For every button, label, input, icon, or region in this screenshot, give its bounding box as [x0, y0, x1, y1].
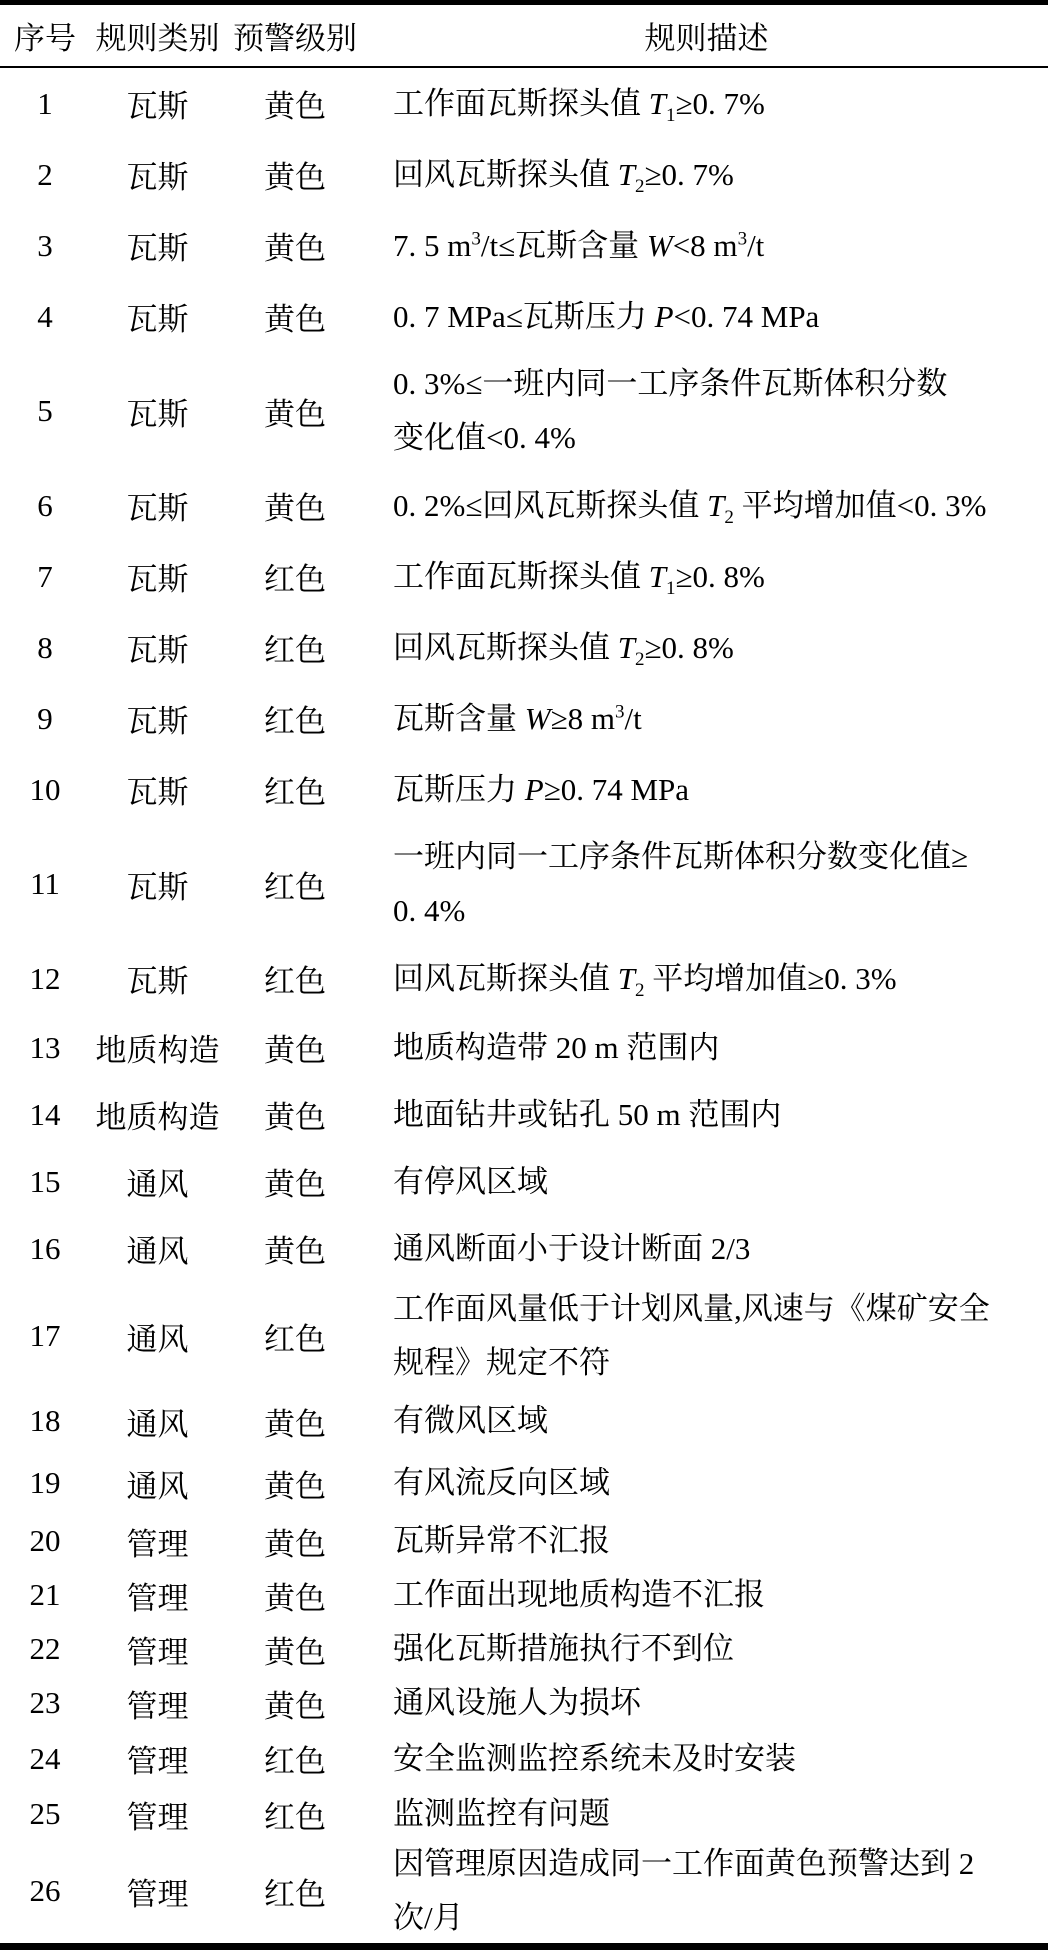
cell-no: 25 — [0, 1796, 90, 1832]
cell-no: 3 — [0, 228, 90, 264]
cell-level: 黄色 — [225, 1399, 365, 1444]
table-row: 20管理黄色瓦斯异常不汇报 — [0, 1514, 1048, 1568]
cell-level: 黄色 — [225, 152, 365, 197]
cell-level: 黄色 — [225, 81, 365, 126]
header-category: 规则类别 — [90, 13, 225, 58]
cell-category: 瓦斯 — [90, 862, 225, 907]
cell-category: 管理 — [90, 1627, 225, 1672]
cell-category: 瓦斯 — [90, 696, 225, 741]
cell-level: 红色 — [225, 1869, 365, 1914]
cell-description: 通风断面小于设计断面 2/3 — [365, 1222, 1048, 1276]
cell-category: 管理 — [90, 1869, 225, 1914]
cell-level: 红色 — [225, 767, 365, 812]
cell-no: 18 — [0, 1403, 90, 1439]
cell-level: 黄色 — [225, 1681, 365, 1726]
cell-no: 16 — [0, 1231, 90, 1267]
cell-no: 1 — [0, 86, 90, 122]
cell-category: 瓦斯 — [90, 81, 225, 126]
cell-category: 瓦斯 — [90, 152, 225, 197]
cell-description: 0. 7 MPa≤瓦斯压力 P<0. 74 MPa — [365, 290, 1048, 344]
cell-description: 工作面瓦斯探头值 T1≥0. 8% — [365, 550, 1048, 604]
table-row: 16通风黄色通风断面小于设计断面 2/3 — [0, 1215, 1048, 1282]
cell-description: 地质构造带 20 m 范围内 — [365, 1021, 1048, 1075]
cell-no: 19 — [0, 1465, 90, 1501]
cell-level: 黄色 — [225, 1226, 365, 1271]
cell-description: 强化瓦斯措施执行不到位 — [365, 1622, 1048, 1676]
cell-no: 21 — [0, 1577, 90, 1613]
table-row: 26管理红色因管理原因造成同一工作面黄色预警达到 2次/月 — [0, 1841, 1048, 1941]
cell-level: 黄色 — [225, 1092, 365, 1137]
cell-category: 管理 — [90, 1573, 225, 1618]
table-row: 5瓦斯黄色0. 3%≤一班内同一工序条件瓦斯体积分数变化值<0. 4% — [0, 352, 1048, 470]
cell-category: 瓦斯 — [90, 554, 225, 599]
cell-category: 管理 — [90, 1792, 225, 1837]
cell-no: 17 — [0, 1318, 90, 1354]
cell-description: 监测监控有问题 — [365, 1787, 1048, 1841]
cell-no: 9 — [0, 701, 90, 737]
header-level: 预警级别 — [225, 13, 365, 58]
cell-category: 瓦斯 — [90, 483, 225, 528]
table-body: 1瓦斯黄色工作面瓦斯探头值 T1≥0. 7%2瓦斯黄色回风瓦斯探头值 T2≥0.… — [0, 68, 1048, 1941]
cell-description: 通风设施人为损坏 — [365, 1676, 1048, 1730]
header-no: 序号 — [0, 13, 90, 58]
cell-category: 瓦斯 — [90, 294, 225, 339]
cell-description: 7. 5 m3/t≤瓦斯含量 W<8 m3/t — [365, 219, 1048, 273]
table-row: 22管理黄色强化瓦斯措施执行不到位 — [0, 1622, 1048, 1676]
cell-level: 黄色 — [225, 1159, 365, 1204]
cell-no: 4 — [0, 299, 90, 335]
cell-description: 回风瓦斯探头值 T2≥0. 7% — [365, 148, 1048, 202]
cell-level: 红色 — [225, 956, 365, 1001]
cell-description: 瓦斯含量 W≥8 m3/t — [365, 692, 1048, 746]
cell-level: 黄色 — [225, 1461, 365, 1506]
cell-level: 红色 — [225, 1736, 365, 1781]
cell-description: 工作面瓦斯探头值 T1≥0. 7% — [365, 77, 1048, 131]
cell-category: 通风 — [90, 1314, 225, 1359]
cell-no: 24 — [0, 1741, 90, 1777]
cell-no: 23 — [0, 1685, 90, 1721]
table-row: 12瓦斯红色回风瓦斯探头值 T2 平均增加值≥0. 3% — [0, 943, 1048, 1014]
cell-category: 管理 — [90, 1736, 225, 1781]
cell-level: 红色 — [225, 554, 365, 599]
table-row: 15通风黄色有停风区域 — [0, 1148, 1048, 1215]
cell-category: 管理 — [90, 1519, 225, 1564]
cell-level: 黄色 — [225, 1519, 365, 1564]
cell-no: 13 — [0, 1030, 90, 1066]
table-row: 13地质构造黄色地质构造带 20 m 范围内 — [0, 1014, 1048, 1081]
cell-category: 通风 — [90, 1159, 225, 1204]
table-row: 10瓦斯红色瓦斯压力 P≥0. 74 MPa — [0, 754, 1048, 825]
table-row: 17通风红色工作面风量低于计划风量,风速与《煤矿安全规程》规定不符 — [0, 1282, 1048, 1390]
table-row: 2瓦斯黄色回风瓦斯探头值 T2≥0. 7% — [0, 139, 1048, 210]
cell-category: 地质构造 — [90, 1092, 225, 1137]
table-row: 19通风黄色有风流反向区域 — [0, 1452, 1048, 1514]
cell-category: 瓦斯 — [90, 767, 225, 812]
cell-description: 地面钻井或钻孔 50 m 范围内 — [365, 1088, 1048, 1142]
cell-level: 黄色 — [225, 294, 365, 339]
cell-no: 2 — [0, 157, 90, 193]
cell-no: 20 — [0, 1523, 90, 1559]
cell-description: 安全监测监控系统未及时安装 — [365, 1732, 1048, 1786]
cell-description: 有停风区域 — [365, 1155, 1048, 1209]
table-header-row: 序号 规则类别 预警级别 规则描述 — [0, 5, 1048, 66]
table-row: 11瓦斯红色一班内同一工序条件瓦斯体积分数变化值≥0. 4% — [0, 825, 1048, 943]
cell-description: 工作面出现地质构造不汇报 — [365, 1568, 1048, 1622]
cell-level: 红色 — [225, 625, 365, 670]
cell-category: 瓦斯 — [90, 223, 225, 268]
cell-category: 通风 — [90, 1461, 225, 1506]
cell-level: 黄色 — [225, 1025, 365, 1070]
table-row: 23管理黄色通风设施人为损坏 — [0, 1676, 1048, 1730]
cell-level: 黄色 — [225, 1573, 365, 1618]
cell-no: 8 — [0, 630, 90, 666]
cell-description: 一班内同一工序条件瓦斯体积分数变化值≥0. 4% — [365, 830, 1048, 938]
cell-level: 黄色 — [225, 223, 365, 268]
cell-no: 26 — [0, 1873, 90, 1909]
cell-description: 0. 2%≤回风瓦斯探头值 T2 平均增加值<0. 3% — [365, 479, 1048, 533]
table-bottom-rule — [0, 1943, 1048, 1950]
cell-category: 地质构造 — [90, 1025, 225, 1070]
cell-description: 因管理原因造成同一工作面黄色预警达到 2次/月 — [365, 1837, 1048, 1945]
table-row: 1瓦斯黄色工作面瓦斯探头值 T1≥0. 7% — [0, 68, 1048, 139]
cell-category: 瓦斯 — [90, 956, 225, 1001]
cell-no: 11 — [0, 866, 90, 902]
cell-description: 瓦斯压力 P≥0. 74 MPa — [365, 763, 1048, 817]
cell-no: 5 — [0, 393, 90, 429]
cell-description: 有风流反向区域 — [365, 1456, 1048, 1510]
table-row: 8瓦斯红色回风瓦斯探头值 T2≥0. 8% — [0, 612, 1048, 683]
cell-level: 红色 — [225, 862, 365, 907]
cell-level: 红色 — [225, 1314, 365, 1359]
cell-no: 22 — [0, 1631, 90, 1667]
cell-description: 有微风区域 — [365, 1394, 1048, 1448]
cell-description: 工作面风量低于计划风量,风速与《煤矿安全规程》规定不符 — [365, 1282, 1048, 1390]
cell-level: 黄色 — [225, 1627, 365, 1672]
table-row: 9瓦斯红色瓦斯含量 W≥8 m3/t — [0, 683, 1048, 754]
cell-no: 14 — [0, 1097, 90, 1133]
cell-description: 回风瓦斯探头值 T2 平均增加值≥0. 3% — [365, 952, 1048, 1006]
cell-description: 0. 3%≤一班内同一工序条件瓦斯体积分数变化值<0. 4% — [365, 357, 1048, 465]
cell-level: 黄色 — [225, 389, 365, 434]
cell-category: 瓦斯 — [90, 389, 225, 434]
cell-no: 7 — [0, 559, 90, 595]
cell-category: 瓦斯 — [90, 625, 225, 670]
cell-category: 通风 — [90, 1399, 225, 1444]
cell-no: 15 — [0, 1164, 90, 1200]
table-row: 14地质构造黄色地面钻井或钻孔 50 m 范围内 — [0, 1081, 1048, 1148]
table-row: 7瓦斯红色工作面瓦斯探头值 T1≥0. 8% — [0, 541, 1048, 612]
cell-level: 红色 — [225, 1792, 365, 1837]
table-row: 25管理红色监测监控有问题 — [0, 1787, 1048, 1841]
cell-no: 12 — [0, 961, 90, 997]
table-row: 6瓦斯黄色0. 2%≤回风瓦斯探头值 T2 平均增加值<0. 3% — [0, 470, 1048, 541]
cell-category: 通风 — [90, 1226, 225, 1271]
cell-description: 回风瓦斯探头值 T2≥0. 8% — [365, 621, 1048, 675]
rules-table-page: 序号 规则类别 预警级别 规则描述 1瓦斯黄色工作面瓦斯探头值 T1≥0. 7%… — [0, 0, 1048, 1950]
table-row: 24管理红色安全监测监控系统未及时安装 — [0, 1730, 1048, 1787]
table-row: 4瓦斯黄色0. 7 MPa≤瓦斯压力 P<0. 74 MPa — [0, 281, 1048, 352]
header-description: 规则描述 — [365, 13, 1048, 58]
cell-level: 红色 — [225, 696, 365, 741]
cell-description: 瓦斯异常不汇报 — [365, 1514, 1048, 1568]
table-row: 21管理黄色工作面出现地质构造不汇报 — [0, 1568, 1048, 1622]
cell-no: 10 — [0, 772, 90, 808]
cell-level: 黄色 — [225, 483, 365, 528]
table-row: 18通风黄色有微风区域 — [0, 1390, 1048, 1452]
cell-no: 6 — [0, 488, 90, 524]
table-row: 3瓦斯黄色7. 5 m3/t≤瓦斯含量 W<8 m3/t — [0, 210, 1048, 281]
cell-category: 管理 — [90, 1681, 225, 1726]
